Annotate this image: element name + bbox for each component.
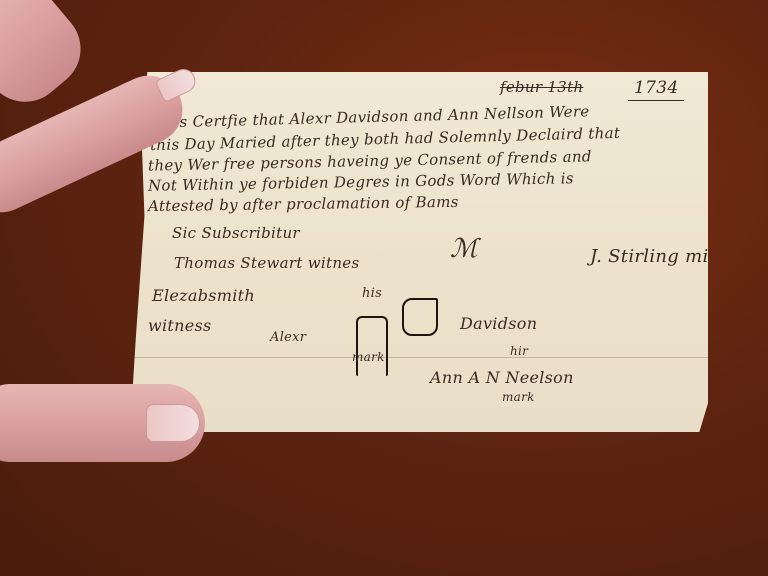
witness-thomas: Thomas Stewart witnes	[174, 254, 359, 272]
officiant-signature: J. Stirling min	[590, 246, 720, 267]
officiant-flourish: ℳ	[450, 234, 478, 264]
bride-first-name: Ann	[430, 368, 463, 387]
witness-label: witness	[148, 316, 212, 335]
groom-mark-d	[402, 298, 438, 336]
thumbnail	[146, 404, 200, 442]
text-line-5: Attested by after proclamation of Bams	[148, 193, 459, 215]
bride-her: hir	[510, 344, 528, 358]
officiant-title: min	[685, 246, 720, 267]
bride-initials-mark: A N	[468, 368, 500, 387]
officiant-name: J. Stirling	[590, 246, 679, 267]
marriage-certificate: febur 13th 1734 Thes Certfie that Alexr …	[130, 72, 708, 432]
groom-mark-label: mark	[352, 350, 385, 364]
document-date: febur 13th	[500, 78, 583, 96]
bride-last-name: Neelson	[505, 368, 573, 387]
photo-scene: febur 13th 1734 Thes Certfie that Alexr …	[0, 0, 768, 576]
groom-mark-a	[356, 316, 388, 376]
text-line-subscribed: Sic Subscribitur	[172, 224, 300, 242]
witness-elizabeth: Elezabsmith	[152, 286, 255, 305]
paper-fold	[130, 357, 708, 358]
document-year: 1734	[628, 78, 684, 101]
groom-his: his	[362, 286, 382, 301]
bride-mark-label: mark	[502, 390, 535, 404]
bride-signature: Ann A N Neelson	[430, 368, 574, 387]
finger-top	[0, 0, 97, 118]
groom-last-name: Davidson	[460, 314, 537, 333]
groom-first-name: Alexr	[270, 330, 306, 345]
